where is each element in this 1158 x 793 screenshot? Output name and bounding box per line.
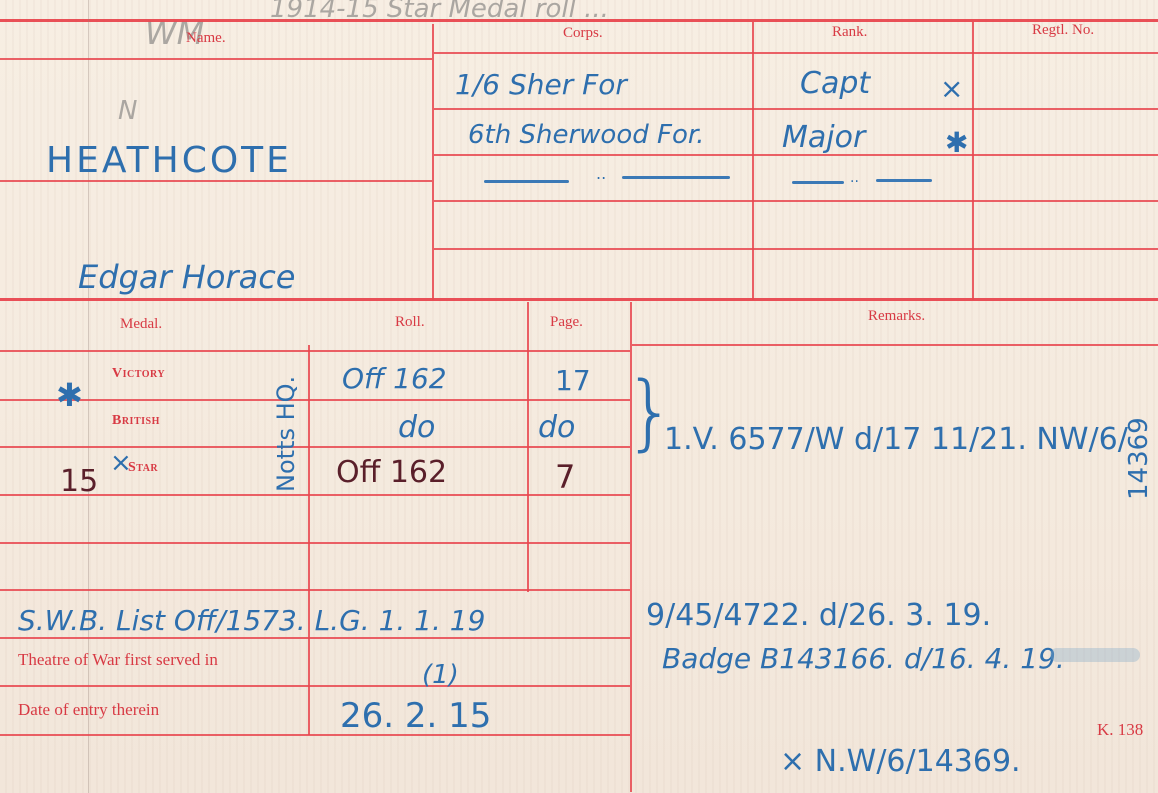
rule-medal-4	[0, 542, 630, 544]
rule-medal-1	[0, 399, 630, 401]
roll-unit-vertical: Notts HQ.	[272, 376, 300, 492]
medal-victory-roll: Off 162	[342, 362, 447, 395]
rule-corps-1	[434, 108, 1158, 110]
siwb-list-entry: S.W.B. List Off/1573. L.G. 1. 1. 19	[18, 604, 485, 637]
header-rank: Rank.	[832, 24, 867, 41]
corps-ditto-marks: ..	[596, 164, 606, 183]
theatre-value: (1)	[422, 660, 459, 690]
surname: HEATHCOTE	[46, 140, 292, 181]
medal-british-label: British	[112, 413, 160, 429]
pencil-mark-n: N	[118, 96, 137, 126]
medal-star-marker: ×	[110, 448, 132, 478]
medal-index-card: 1914-15 Star Medal roll ... WM N Name. C…	[0, 0, 1158, 793]
remarks-line-2: Badge B143166. d/16. 4. 19.	[662, 642, 1065, 675]
medal-victory-label: Victory	[112, 366, 165, 382]
corps-1: 1/6 Sher For	[455, 68, 627, 101]
medal-star-roll: Off 162	[336, 455, 447, 490]
medal-british-page: do	[538, 410, 575, 445]
remarks-smudge	[1050, 648, 1140, 662]
rank-ditto-dash-1	[792, 181, 844, 184]
faint-left-margin	[88, 0, 89, 793]
entry-date-value: 26. 2. 15	[340, 696, 491, 736]
rank-ditto-marks: ..	[850, 170, 859, 186]
medal-victory-page: 17	[555, 364, 591, 397]
rule-medal-roll	[308, 345, 310, 735]
rule-corps-rank	[752, 22, 754, 300]
rule-medal-2	[0, 446, 630, 448]
rule-name-corps	[432, 24, 434, 300]
medal-british-roll: do	[398, 410, 435, 445]
header-remarks: Remarks.	[868, 308, 925, 325]
rule-name-head	[0, 58, 432, 60]
remarks-line-1: 9/45/4722. d/26. 3. 19.	[646, 598, 991, 633]
rule-medal-5	[0, 589, 630, 591]
forenames: Edgar Horace	[78, 258, 295, 296]
rule-corps-head	[434, 52, 1158, 54]
corps-2: 6th Sherwood For.	[468, 120, 704, 150]
medal-star-page: 7	[555, 458, 575, 496]
theatre-label: Theatre of War first served in	[18, 650, 218, 670]
rule-mid	[0, 298, 1158, 301]
remarks-bracket-note-vertical: 14369	[1124, 417, 1154, 500]
entry-date-label: Date of entry therein	[18, 700, 159, 720]
header-medal: Medal.	[120, 316, 162, 333]
rule-theatre	[0, 685, 630, 687]
rule-remarks-head	[632, 344, 1158, 346]
rule-medal-6	[0, 637, 630, 639]
remarks-bracket-note: 1.V. 6577/W d/17 11/21. NW/6/	[664, 422, 1128, 457]
rank-2-marker: ✱	[945, 126, 968, 159]
corps-ditto-dash-1	[484, 180, 569, 183]
rule-corps-3	[434, 200, 1158, 202]
remarks-line-3: × N.W/6/14369.	[780, 744, 1021, 779]
header-corps: Corps.	[563, 25, 603, 42]
rule-corps-4	[434, 248, 1158, 250]
rule-top	[0, 19, 1158, 22]
rule-medal-head	[0, 350, 630, 352]
form-code: K. 138	[1097, 720, 1143, 740]
rule-entry	[0, 734, 630, 736]
rank-ditto-dash-2	[876, 179, 932, 182]
header-name: Name.	[186, 30, 226, 47]
header-page: Page.	[550, 314, 583, 331]
header-roll: Roll.	[395, 314, 425, 331]
rank-2: Major	[782, 120, 865, 155]
corps-ditto-dash-2	[622, 176, 730, 179]
rule-rank-regtl	[972, 22, 974, 300]
rank-1: Capt	[800, 66, 870, 101]
medal-star-prefix: 15	[60, 464, 98, 499]
rank-1-marker: ×	[940, 72, 963, 105]
medal-victory-marker: ✱	[56, 376, 83, 414]
header-regtl-no: Regtl. No.	[1032, 22, 1094, 39]
medal-star-label: Star	[128, 460, 158, 476]
